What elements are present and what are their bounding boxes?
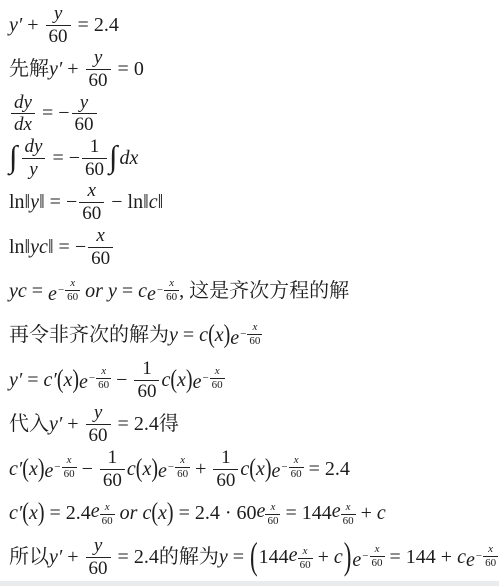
exponent: −x60 xyxy=(57,278,80,303)
fraction-denominator: 60 xyxy=(46,25,71,47)
exponent-minus-sign: − xyxy=(240,329,246,340)
math-variable: x xyxy=(63,369,72,392)
math-variable: y′ xyxy=(49,546,62,569)
exponent: x60 xyxy=(298,546,313,571)
math-text: = 2.4 · 60 xyxy=(174,502,257,525)
exp-base: e xyxy=(466,549,475,571)
exponent: −x60 xyxy=(53,455,76,480)
exponent-numerator: x xyxy=(210,366,225,378)
exponent: −x60 xyxy=(156,278,179,303)
exponent: −x60 xyxy=(239,322,262,347)
math-variable: x xyxy=(158,502,167,525)
math-text: 再令非齐次的解为 xyxy=(9,324,169,347)
math-variable: y′ xyxy=(49,413,62,436)
exponent-denominator: 60 xyxy=(210,378,225,391)
exponent-numerator: x xyxy=(175,455,190,467)
exp-base: e xyxy=(79,371,88,393)
math-variable: c′ xyxy=(44,369,57,392)
fraction-numerator: dy xyxy=(22,137,46,158)
math-text: 先解 xyxy=(9,58,49,81)
exponential-term: e−x60 xyxy=(45,455,77,483)
fraction-numerator: x xyxy=(79,181,104,202)
math-text: − xyxy=(111,369,132,392)
math-text: + xyxy=(22,14,43,37)
parenthesis: ) xyxy=(38,498,45,528)
exponential-term: e−x60 xyxy=(147,278,179,306)
math-variable: dx xyxy=(120,147,139,170)
fraction-numerator: 1 xyxy=(134,359,159,380)
fraction-denominator: 60 xyxy=(213,469,238,491)
fraction-denominator: 60 xyxy=(72,113,97,135)
exponent-denominator: 60 xyxy=(483,556,498,569)
math-text: = 0 xyxy=(113,58,144,81)
fraction: 160 xyxy=(213,448,238,491)
math-text: = xyxy=(228,546,249,569)
exponent-denominator: 60 xyxy=(247,334,262,347)
math-variable: y xyxy=(30,191,39,214)
exponential-term: e−x60 xyxy=(79,366,111,394)
exponent-minus-sign: − xyxy=(202,373,208,384)
exp-base: e xyxy=(147,283,156,305)
integral-sign: ∫ xyxy=(9,141,18,172)
math-variable: x xyxy=(29,458,38,481)
math-text: = xyxy=(178,324,199,347)
exponent-fraction: x60 xyxy=(62,455,77,480)
math-variable: or xyxy=(115,502,143,525)
equation-line: 再令非齐次的解为y = c(x)e−x60 xyxy=(9,314,499,358)
exponent-numerator: x xyxy=(289,455,304,467)
fraction-denominator: 60 xyxy=(86,69,111,91)
footer-divider xyxy=(0,581,499,586)
fraction-denominator: 60 xyxy=(86,424,111,446)
math-variable: y′ xyxy=(49,58,62,81)
exp-base: e xyxy=(257,500,266,522)
fraction-numerator: y xyxy=(86,536,111,557)
math-variable: c′ xyxy=(9,458,22,481)
math-text: + xyxy=(62,546,83,569)
exponent-numerator: x xyxy=(96,366,111,378)
equation-line: y′ = c′(x)e−x60 − 160c(x)e−x60 xyxy=(9,358,499,402)
math-text: = 2.4 xyxy=(45,502,91,525)
math-variable: c xyxy=(199,324,208,347)
fraction: 160 xyxy=(82,137,107,180)
math-text: = 2.4的解为 xyxy=(113,546,219,569)
exponent-numerator: x xyxy=(370,544,385,556)
fraction: x60 xyxy=(88,226,113,269)
exponent-denominator: 60 xyxy=(175,467,190,480)
fraction: dyy xyxy=(22,137,46,180)
fraction-numerator: y xyxy=(86,48,111,69)
exponent-denominator: 60 xyxy=(100,514,115,527)
exp-base: e xyxy=(48,283,57,305)
math-variable: c xyxy=(377,502,386,525)
exponent-denominator: 60 xyxy=(265,514,280,527)
math-text: = xyxy=(117,280,138,303)
fraction-denominator: dx xyxy=(11,113,35,135)
exponential-term: e−x60 xyxy=(230,322,262,350)
exponential-term: e−x60 xyxy=(466,544,498,572)
exponent-fraction: x60 xyxy=(298,546,313,571)
exponent-minus-sign: − xyxy=(281,462,287,473)
math-text: + xyxy=(313,546,334,569)
fraction: y60 xyxy=(46,4,71,47)
exp-base: e xyxy=(193,371,202,393)
math-text: = 2.4得 xyxy=(113,413,179,436)
exponential-term: ex60 xyxy=(289,544,313,571)
fraction-numerator: y xyxy=(72,93,97,114)
exp-base: e xyxy=(352,549,361,571)
exponent-numerator: x xyxy=(298,546,313,558)
big-parenthesis: ( xyxy=(250,535,258,579)
parenthesis: ) xyxy=(151,454,158,484)
parenthesis: ( xyxy=(136,454,143,484)
math-variable: x xyxy=(256,458,265,481)
math-variable: x xyxy=(177,369,186,392)
exponent-denominator: 60 xyxy=(62,467,77,480)
parenthesis: ) xyxy=(38,454,45,484)
fraction-numerator: 1 xyxy=(82,137,107,158)
equation-line: ln‖yc‖ = −x60 xyxy=(9,225,499,269)
math-text: + xyxy=(62,413,83,436)
math-variable: c xyxy=(149,191,158,214)
exponential-term: ex60 xyxy=(332,500,356,527)
equation-line: y′ + y60 = 2.4 xyxy=(9,3,499,47)
math-text: + xyxy=(62,58,83,81)
fraction: dydx xyxy=(11,93,35,136)
math-text: − ln‖ xyxy=(106,191,148,214)
exp-base: e xyxy=(45,460,54,482)
exponent-denominator: 60 xyxy=(164,290,179,303)
exponent-fraction: x60 xyxy=(164,278,179,303)
equation-line: 代入y′ + y60 = 2.4得 xyxy=(9,403,499,447)
math-text: − xyxy=(77,458,98,481)
exponential-term: e−x60 xyxy=(352,544,384,572)
fraction-numerator: 1 xyxy=(213,448,238,469)
math-variable: c xyxy=(334,546,343,569)
exponential-term: e−x60 xyxy=(193,366,225,394)
parenthesis: ) xyxy=(224,321,231,351)
exponential-term: e−x60 xyxy=(158,455,190,483)
fraction: 160 xyxy=(100,448,125,491)
exponent-denominator: 60 xyxy=(370,556,385,569)
math-text: = 2.4 xyxy=(73,14,119,37)
exponential-term: e−x60 xyxy=(48,278,80,306)
fraction-denominator: 60 xyxy=(79,202,104,224)
exponent-fraction: x60 xyxy=(65,278,80,303)
exponent-minus-sign: − xyxy=(157,285,163,296)
exponent-denominator: 60 xyxy=(289,467,304,480)
parenthesis: ) xyxy=(72,365,79,395)
fraction-denominator: 60 xyxy=(86,557,111,579)
math-text: 所以 xyxy=(9,546,49,569)
exponent-numerator: x xyxy=(62,455,77,467)
math-variable: yc xyxy=(9,280,27,303)
exponent-fraction: x60 xyxy=(100,502,115,527)
equation-line: yc = e−x60 or y = ce−x60, 这是齐次方程的解 xyxy=(9,269,499,313)
big-parenthesis: ) xyxy=(344,535,352,579)
exponent-fraction: x60 xyxy=(289,455,304,480)
exponent-denominator: 60 xyxy=(65,290,80,303)
exponent: −x60 xyxy=(361,544,384,569)
exponent: −x60 xyxy=(280,455,303,480)
exponent-fraction: x60 xyxy=(370,544,385,569)
exponent-minus-sign: − xyxy=(362,551,368,562)
math-variable: c′ xyxy=(9,502,22,525)
exponent-denominator: 60 xyxy=(298,558,313,571)
math-text: ln‖ xyxy=(9,236,30,259)
math-text: 144 xyxy=(259,546,289,569)
parenthesis: ( xyxy=(249,454,256,484)
equation-line: 所以y′ + y60 = 2.4的解为y = (144ex60 + c)e−x6… xyxy=(9,536,499,580)
parenthesis: ( xyxy=(151,498,158,528)
equation-line: ln‖y‖ = −x60 − ln‖c‖ xyxy=(9,181,499,225)
fraction-denominator: y xyxy=(22,158,46,180)
math-text: = xyxy=(22,369,43,392)
equation-line: ∫dyy = −160∫dx xyxy=(9,136,499,180)
exponent-numerator: x xyxy=(265,502,280,514)
equation-line: c′(x)e−x60 − 160c(x)e−x60 + 160c(x)e−x60… xyxy=(9,447,499,491)
math-variable: or xyxy=(80,280,108,303)
exponent: x60 xyxy=(341,502,356,527)
exp-base: e xyxy=(289,544,298,566)
exponential-term: e−x60 xyxy=(272,455,304,483)
math-variable: c xyxy=(161,369,170,392)
equation-line: dydx = −y60 xyxy=(9,92,499,136)
math-variable: y xyxy=(108,280,117,303)
integral-sign: ∫ xyxy=(109,141,118,172)
fraction: x60 xyxy=(79,181,104,224)
fraction: y60 xyxy=(72,93,97,136)
equation-line: c′(x) = 2.4ex60 or c(x) = 2.4 · 60ex60 =… xyxy=(9,491,499,535)
math-text: = 144 + xyxy=(385,546,458,569)
exp-base: e xyxy=(272,460,281,482)
fraction-numerator: dy xyxy=(11,93,35,114)
math-variable: c xyxy=(127,458,136,481)
fraction: 160 xyxy=(134,359,159,402)
fraction-denominator: 60 xyxy=(88,247,113,269)
math-text: ln‖ xyxy=(9,191,30,214)
exponent-numerator: x xyxy=(65,278,80,290)
exponent: x60 xyxy=(265,502,280,527)
math-text: ‖ = − xyxy=(48,236,86,259)
math-variable: yc xyxy=(30,236,48,259)
exponent: −x60 xyxy=(201,366,224,391)
exponent-fraction: x60 xyxy=(96,366,111,391)
math-text: + xyxy=(190,458,211,481)
fraction-numerator: 1 xyxy=(100,448,125,469)
fraction-numerator: y xyxy=(86,403,111,424)
exponent-fraction: x60 xyxy=(341,502,356,527)
exponent-fraction: x60 xyxy=(265,502,280,527)
math-variable: c xyxy=(138,280,147,303)
equation-line: 先解y′ + y60 = 0 xyxy=(9,47,499,91)
math-text: ‖ xyxy=(158,191,164,214)
exponent: −x60 xyxy=(167,455,190,480)
math-variable: x xyxy=(142,458,151,481)
math-variable: y′ xyxy=(9,14,22,37)
parenthesis: ( xyxy=(208,321,215,351)
math-text: ‖ = − xyxy=(39,191,77,214)
fraction: y60 xyxy=(86,536,111,579)
fraction: y60 xyxy=(86,48,111,91)
math-variable: c xyxy=(240,458,249,481)
exponent-denominator: 60 xyxy=(341,514,356,527)
math-variable: y′ xyxy=(9,369,22,392)
fraction-denominator: 60 xyxy=(82,158,107,180)
exponent-fraction: x60 xyxy=(247,322,262,347)
math-variable: c xyxy=(142,502,151,525)
parenthesis: ) xyxy=(167,498,174,528)
exponent-fraction: x60 xyxy=(175,455,190,480)
exponent-minus-sign: − xyxy=(476,551,482,562)
exponent-minus-sign: − xyxy=(168,462,174,473)
math-text: = 2.4 xyxy=(304,458,350,481)
fraction-denominator: 60 xyxy=(134,380,159,402)
exponent: −x60 xyxy=(475,544,498,569)
fraction-numerator: y xyxy=(46,4,71,25)
parenthesis: ( xyxy=(170,365,177,395)
exponent-minus-sign: − xyxy=(58,285,64,296)
math-text: = xyxy=(27,280,48,303)
exponent-numerator: x xyxy=(247,322,262,334)
math-text: = 144 xyxy=(280,502,331,525)
math-text: = − xyxy=(37,102,70,125)
exp-base: e xyxy=(91,500,100,522)
math-text: , 这是齐次方程的解 xyxy=(179,280,349,303)
math-text: = − xyxy=(47,147,80,170)
exponent-numerator: x xyxy=(100,502,115,514)
exponent: x60 xyxy=(100,502,115,527)
equation-lines: y′ + y60 = 2.4先解y′ + y60 = 0dydx = −y60∫… xyxy=(9,3,499,580)
math-solution-page: y′ + y60 = 2.4先解y′ + y60 = 0dydx = −y60∫… xyxy=(0,0,499,580)
exponent-denominator: 60 xyxy=(96,378,111,391)
math-text: + xyxy=(356,502,377,525)
exponential-term: ex60 xyxy=(257,500,281,527)
exponent: −x60 xyxy=(88,366,111,391)
exponent-fraction: x60 xyxy=(210,366,225,391)
exponent-minus-sign: − xyxy=(54,462,60,473)
exp-base: e xyxy=(158,460,167,482)
parenthesis: ( xyxy=(22,498,29,528)
exp-base: e xyxy=(230,327,239,349)
fraction: y60 xyxy=(86,403,111,446)
parenthesis: ) xyxy=(265,454,272,484)
math-text: 代入 xyxy=(9,413,49,436)
math-variable: y xyxy=(219,546,228,569)
math-variable: y xyxy=(169,324,178,347)
exponent-fraction: x60 xyxy=(483,544,498,569)
exponent-numerator: x xyxy=(164,278,179,290)
exponential-term: ex60 xyxy=(91,500,115,527)
exponent-numerator: x xyxy=(483,544,498,556)
parenthesis: ( xyxy=(57,365,64,395)
parenthesis: ( xyxy=(22,454,29,484)
math-variable: x xyxy=(29,502,38,525)
math-variable: x xyxy=(215,324,224,347)
parenthesis: ) xyxy=(186,365,193,395)
exponent-numerator: x xyxy=(341,502,356,514)
exp-base: e xyxy=(332,500,341,522)
fraction-denominator: 60 xyxy=(100,469,125,491)
math-variable: c xyxy=(457,546,466,569)
exponent-minus-sign: − xyxy=(89,373,95,384)
fraction-numerator: x xyxy=(88,226,113,247)
